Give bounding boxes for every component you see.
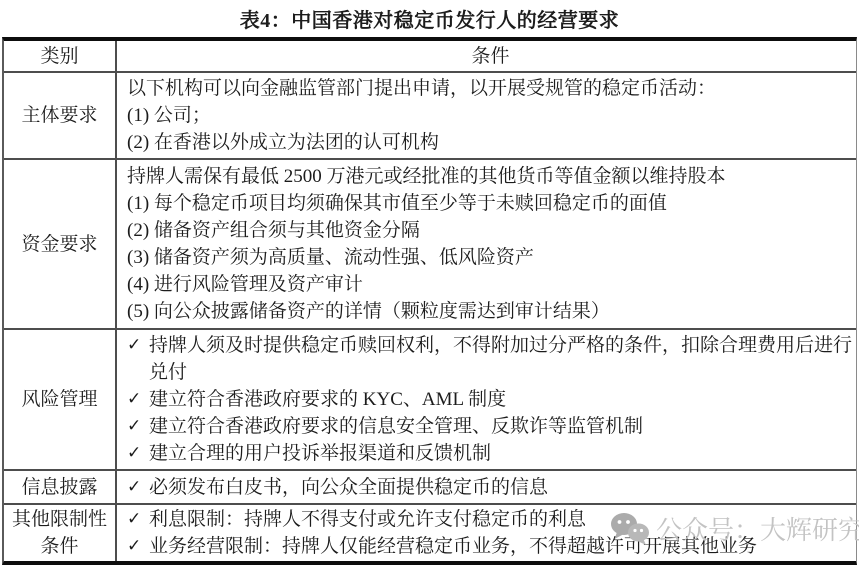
check-icon: ✓ — [127, 474, 149, 501]
condition-line: (2) 储备资产组合须与其他资金分隔 — [127, 217, 854, 244]
page: 表4：中国香港对稳定币发行人的经营要求 类别 条件 主体要求 以下机构可以向金融… — [0, 0, 859, 571]
condition-line: (1) 每个稳定币项目均须确保其市值至少等于未赎回稳定币的面值 — [127, 190, 854, 217]
condition-line: 持牌人需保有最低 2500 万港元或经批准的其他货币等值金额以维持股本 — [127, 163, 854, 190]
category-cell: 信息披露 — [4, 471, 117, 503]
header-cell-condition: 条件 — [117, 41, 856, 71]
condition-line: ✓ 建立符合香港政府要求的信息安全管理、反欺诈等监管机制 — [127, 413, 854, 440]
check-icon: ✓ — [127, 533, 149, 560]
table-row: 其他限制性条件 ✓ 利息限制：持牌人不得支付或允许支付稳定币的利息 ✓ 业务经营… — [4, 505, 856, 561]
table-row: 风险管理 ✓ 持牌人须及时提供稳定币赎回权利，不得附加过分严格的条件，扣除合理费… — [4, 330, 856, 471]
category-cell: 风险管理 — [4, 330, 117, 469]
condition-cell: 以下机构可以向金融监管部门提出申请，以开展受规管的稳定币活动： (1) 公司； … — [117, 73, 856, 158]
condition-line: (3) 储备资产须为高质量、流动性强、低风险资产 — [127, 244, 854, 271]
check-icon: ✓ — [127, 332, 149, 386]
check-icon: ✓ — [127, 440, 149, 467]
condition-line: ✓ 业务经营限制：持牌人仅能经营稳定币业务，不得超越许可开展其他业务 — [127, 533, 854, 560]
category-cell: 主体要求 — [4, 73, 117, 158]
condition-line: ✓ 建立符合香港政府要求的 KYC、AML 制度 — [127, 386, 854, 413]
condition-cell: ✓ 持牌人须及时提供稳定币赎回权利，不得附加过分严格的条件，扣除合理费用后进行兑… — [117, 330, 856, 469]
condition-line: (5) 向公众披露储备资产的详情（颗粒度需达到审计结果） — [127, 298, 854, 325]
condition-cell: ✓ 利息限制：持牌人不得支付或允许支付稳定币的利息 ✓ 业务经营限制：持牌人仅能… — [117, 505, 856, 561]
table-row: 信息披露 ✓ 必须发布白皮书，向公众全面提供稳定币的信息 — [4, 471, 856, 505]
table-row: 资金要求 持牌人需保有最低 2500 万港元或经批准的其他货币等值金额以维持股本… — [4, 160, 856, 330]
category-cell: 其他限制性条件 — [4, 505, 117, 561]
condition-line: (1) 公司； — [127, 102, 854, 129]
condition-line: ✓ 建立合理的用户投诉举报渠道和反馈机制 — [127, 440, 854, 467]
check-icon: ✓ — [127, 413, 149, 440]
stablecoin-requirements-table: 类别 条件 主体要求 以下机构可以向金融监管部门提出申请，以开展受规管的稳定币活… — [2, 37, 857, 565]
condition-cell: 持牌人需保有最低 2500 万港元或经批准的其他货币等值金额以维持股本 (1) … — [117, 160, 856, 328]
check-icon: ✓ — [127, 506, 149, 533]
condition-line: ✓ 利息限制：持牌人不得支付或允许支付稳定币的利息 — [127, 506, 854, 533]
condition-line: ✓ 必须发布白皮书，向公众全面提供稳定币的信息 — [127, 474, 854, 501]
condition-line: ✓ 持牌人须及时提供稳定币赎回权利，不得附加过分严格的条件，扣除合理费用后进行兑… — [127, 332, 854, 386]
table-title: 表4：中国香港对稳定币发行人的经营要求 — [0, 0, 859, 36]
condition-line: (4) 进行风险管理及资产审计 — [127, 271, 854, 298]
check-icon: ✓ — [127, 386, 149, 413]
header-cell-category: 类别 — [4, 41, 117, 71]
category-cell: 资金要求 — [4, 160, 117, 328]
condition-cell: ✓ 必须发布白皮书，向公众全面提供稳定币的信息 — [117, 471, 856, 503]
condition-line: (2) 在香港以外成立为法团的认可机构 — [127, 129, 854, 156]
table-header-row: 类别 条件 — [4, 41, 856, 73]
condition-line: 以下机构可以向金融监管部门提出申请，以开展受规管的稳定币活动： — [127, 75, 854, 102]
table-row: 主体要求 以下机构可以向金融监管部门提出申请，以开展受规管的稳定币活动： (1)… — [4, 73, 856, 160]
